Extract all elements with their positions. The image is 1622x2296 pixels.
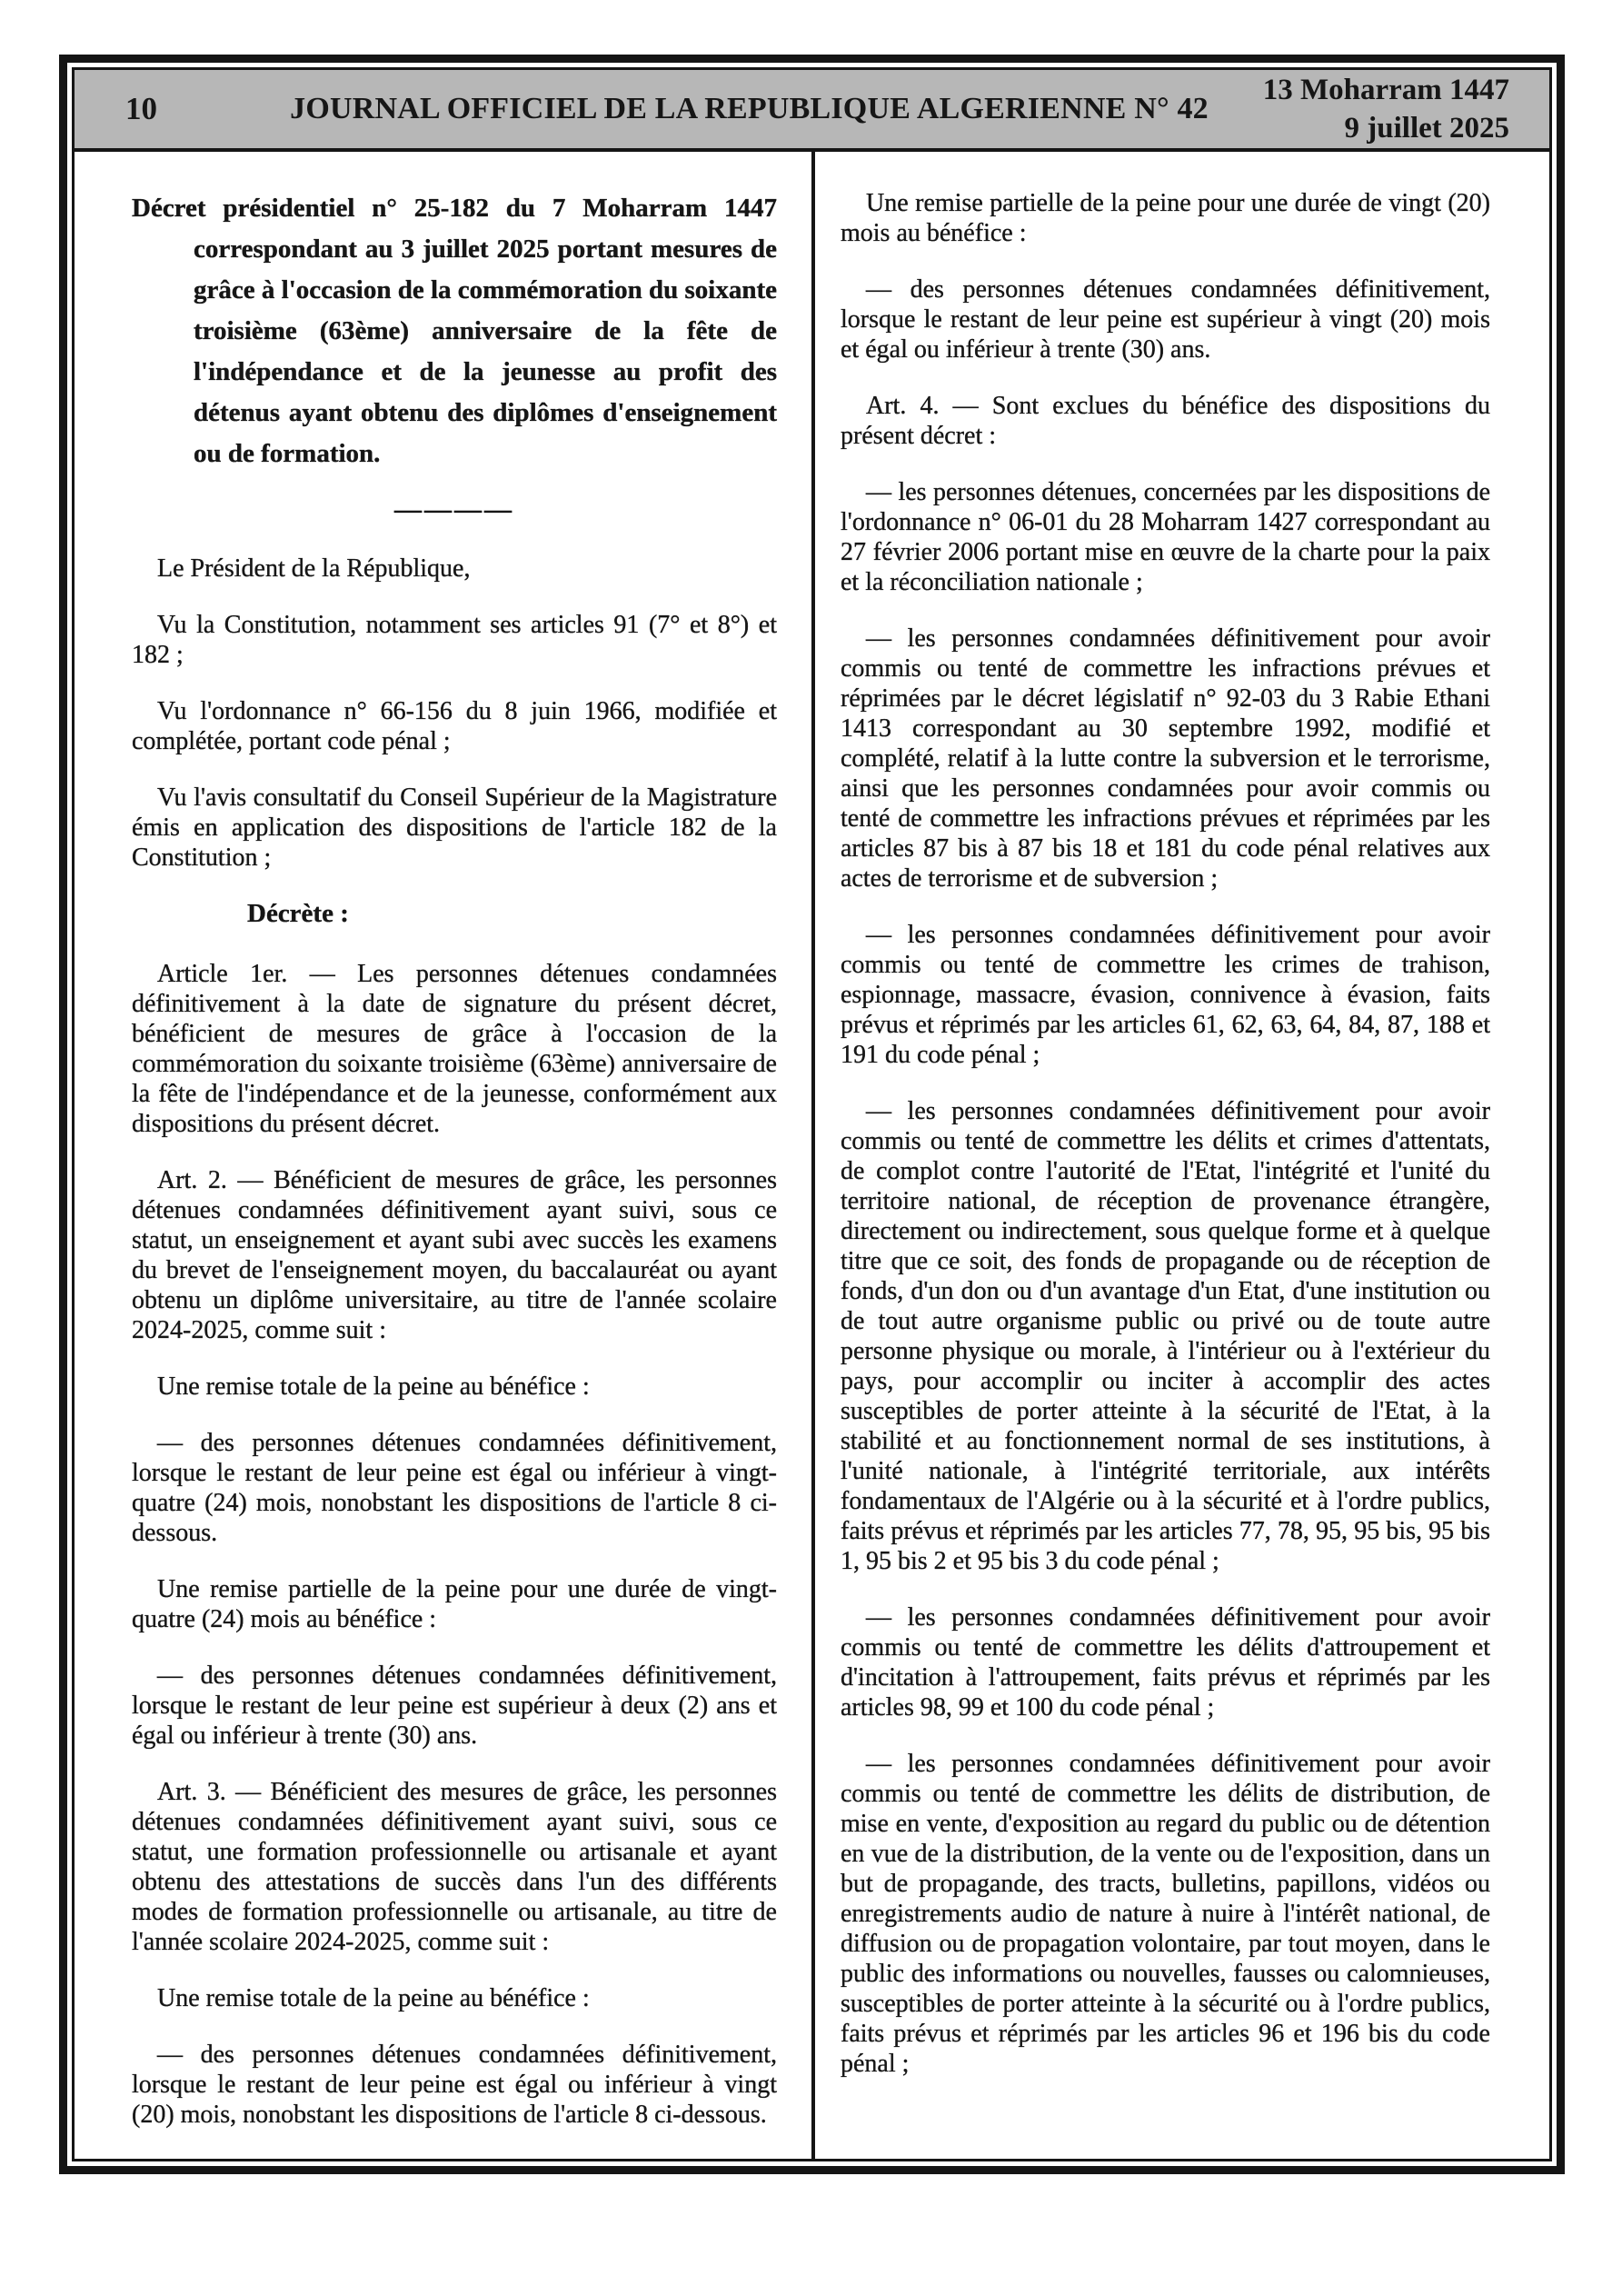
paragraph: Art. 3. — Bénéficient des mesures de grâ… [132, 1777, 777, 1957]
paragraph: — les personnes détenues, concernées par… [841, 477, 1490, 597]
date-hijri: 13 Moharram 1447 [1237, 71, 1509, 109]
decree-title: Décret présidentiel n° 25-182 du 7 Mohar… [132, 188, 777, 474]
paragraph: — des personnes détenues condamnées défi… [841, 275, 1490, 364]
paragraph: Art. 2. — Bénéficient de mesures de grâc… [132, 1165, 777, 1345]
journal-title: JOURNAL OFFICIEL DE LA REPUBLIQUE ALGERI… [262, 70, 1237, 148]
decrete-heading: Décrète : [132, 899, 777, 929]
column-divider [811, 152, 815, 2159]
paragraph: Une remise partielle de la peine pour un… [841, 188, 1490, 248]
paragraph: Vu la Constitution, notamment ses articl… [132, 610, 777, 670]
left-column: Décret présidentiel n° 25-182 du 7 Mohar… [132, 188, 777, 2159]
page-frame: 10 JOURNAL OFFICIEL DE LA REPUBLIQUE ALG… [59, 55, 1565, 2174]
paragraph: — des personnes détenues condamnées défi… [132, 1428, 777, 1548]
paragraph: — les personnes condamnées définitivemen… [841, 1602, 1490, 1722]
paragraph: — des personnes détenues condamnées défi… [132, 2040, 777, 2130]
right-column: Une remise partielle de la peine pour un… [841, 188, 1490, 2159]
paragraph: Vu l'avis consultatif du Conseil Supérie… [132, 783, 777, 873]
journal-page: 10 JOURNAL OFFICIEL DE LA REPUBLIQUE ALG… [0, 0, 1622, 2296]
paragraph: Une remise totale de la peine au bénéfic… [132, 1372, 777, 1402]
paragraph: — les personnes condamnées définitivemen… [841, 1749, 1490, 2079]
page-frame-inner: 10 JOURNAL OFFICIEL DE LA REPUBLIQUE ALG… [72, 67, 1552, 2161]
paragraph: Article 1er. — Les personnes détenues co… [132, 959, 777, 1139]
page-content: Décret présidentiel n° 25-182 du 7 Mohar… [75, 152, 1549, 2159]
paragraph: Le Président de la République, [132, 554, 777, 584]
paragraph: Une remise partielle de la peine pour un… [132, 1574, 777, 1634]
date-gregorian: 9 juillet 2025 [1237, 109, 1509, 147]
title-separator: ———— [132, 494, 777, 524]
paragraph: Art. 4. — Sont exclues du bénéfice des d… [841, 391, 1490, 451]
page-header: 10 JOURNAL OFFICIEL DE LA REPUBLIQUE ALG… [75, 70, 1549, 152]
paragraph: Une remise totale de la peine au bénéfic… [132, 1983, 777, 2013]
page-number: 10 [125, 70, 262, 148]
header-dates: 13 Moharram 1447 9 juillet 2025 [1237, 70, 1509, 148]
paragraph: — les personnes condamnées définitivemen… [841, 1096, 1490, 1576]
paragraph: — les personnes condamnées définitivemen… [841, 624, 1490, 893]
paragraph: Vu l'ordonnance n° 66-156 du 8 juin 1966… [132, 696, 777, 756]
paragraph: — des personnes détenues condamnées défi… [132, 1661, 777, 1751]
paragraph: — les personnes condamnées définitivemen… [841, 920, 1490, 1070]
